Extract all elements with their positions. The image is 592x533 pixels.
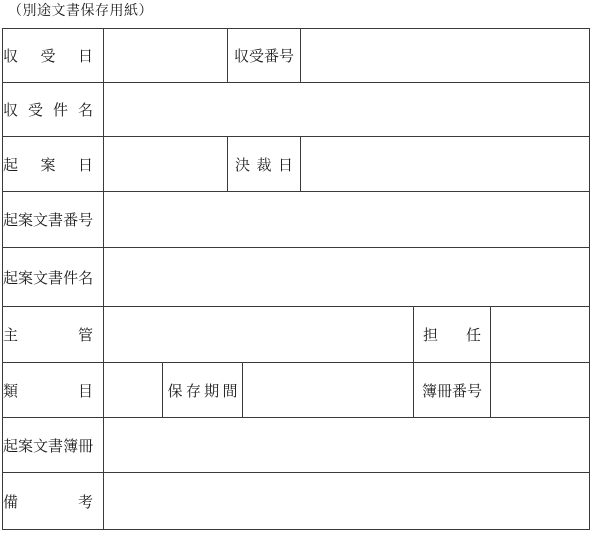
label-draft-date: 起案日 [3, 154, 93, 175]
label-cell-approval-date: 決裁日 [228, 137, 301, 192]
label-receipt-date: 収受日 [3, 45, 93, 66]
field-category [104, 363, 163, 418]
label-cell-receipt-number: 収受番号 [228, 29, 301, 83]
label-cell-remarks: 備考 [3, 473, 104, 530]
label-cell-receipt-subject: 収受件名 [3, 83, 104, 137]
label-receipt-subject: 収受件名 [3, 99, 93, 120]
label-cell-supervisor: 主管 [3, 307, 104, 363]
table-row: 主管 担任 [3, 307, 590, 363]
table-row: 起案文書番号 [3, 192, 590, 248]
table-row: 収受日 収受番号 [3, 29, 590, 83]
label-cell-draft-document-subject: 起案文書件名 [3, 248, 104, 307]
table-row: 起案日 決裁日 [3, 137, 590, 192]
label-cell-category: 類目 [3, 363, 104, 418]
label-cell-draft-date: 起案日 [3, 137, 104, 192]
field-volume-number [491, 363, 590, 418]
field-in-charge [491, 307, 590, 363]
table-row: 起案文書簿冊 [3, 418, 590, 473]
field-supervisor [104, 307, 414, 363]
label-draft-document-volume: 起案文書簿冊 [3, 435, 93, 456]
label-receipt-number: 収受番号 [234, 49, 294, 65]
label-approval-date: 決裁日 [235, 154, 293, 175]
table-row: 類目 保存期間 簿冊番号 [3, 363, 590, 418]
field-draft-document-volume [104, 418, 590, 473]
field-receipt-subject [104, 83, 590, 137]
label-cell-draft-document-number: 起案文書番号 [3, 192, 104, 248]
label-in-charge: 担任 [423, 324, 481, 345]
table-row: 収受件名 [3, 83, 590, 137]
label-category: 類目 [3, 380, 93, 401]
field-receipt-number [301, 29, 590, 83]
table-row: 備考 [3, 473, 590, 530]
label-cell-receipt-date: 収受日 [3, 29, 104, 83]
label-cell-retention-period: 保存期間 [163, 363, 243, 418]
document-page: （別途文書保存用紙） 収受日 収受番号 収受件名 [0, 0, 592, 533]
label-cell-volume-number: 簿冊番号 [414, 363, 491, 418]
field-draft-document-number [104, 192, 590, 248]
table-row: 起案文書件名 [3, 248, 590, 307]
label-cell-draft-document-volume: 起案文書簿冊 [3, 418, 104, 473]
field-remarks [104, 473, 590, 530]
field-receipt-date [104, 29, 228, 83]
label-cell-in-charge: 担任 [414, 307, 491, 363]
document-title: （別途文書保存用紙） [8, 2, 153, 22]
field-draft-document-subject [104, 248, 590, 307]
label-retention-period: 保存期間 [168, 380, 238, 401]
label-supervisor: 主管 [3, 324, 93, 345]
field-retention-period [243, 363, 414, 418]
label-remarks: 備考 [3, 491, 93, 512]
field-approval-date [301, 137, 590, 192]
label-draft-document-number: 起案文書番号 [3, 209, 93, 230]
label-volume-number: 簿冊番号 [422, 384, 482, 400]
label-draft-document-subject: 起案文書件名 [3, 267, 93, 288]
storage-form-table: 収受日 収受番号 収受件名 起案日 決裁日 [2, 28, 590, 530]
field-draft-date [104, 137, 228, 192]
